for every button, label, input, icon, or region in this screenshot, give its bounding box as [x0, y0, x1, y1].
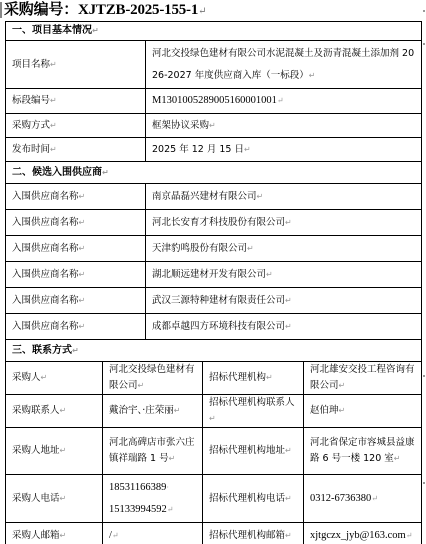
field-label: 入围供应商名称↵: [6, 262, 146, 288]
field-label: 招标代理机构电话↵: [203, 475, 304, 523]
supplier-row: 入围供应商名称↵ 成都卓越四方环境科技有限公司↵: [6, 314, 422, 340]
margin-marker: [423, 10, 425, 12]
field-label: 采购方式↵: [6, 114, 146, 138]
purchaser-address: 河北高碑店市张六庄镇祥瑞路 1 号↵: [103, 428, 203, 475]
field-label: 招标代理机构地址↵: [203, 428, 304, 475]
field-label: 采购人地址↵: [6, 428, 103, 475]
field-label: 招标代理机构联系人↵: [203, 395, 304, 428]
lot-number-value: M1301005289005160001001↵: [146, 89, 422, 114]
section3-heading-row: 三、联系方式↵: [6, 340, 422, 362]
field-label: 招标代理机构↵: [203, 362, 304, 395]
field-label: 采购人↵: [6, 362, 103, 395]
purchaser-name: 河北交投绿色建材有限公司↵: [103, 362, 203, 395]
text-cursor-marker: [0, 2, 2, 18]
contact-row-address: 采购人地址↵ 河北高碑店市张六庄镇祥瑞路 1 号↵ 招标代理机构地址↵ 河北省保…: [6, 428, 422, 475]
field-label: 入围供应商名称↵: [6, 184, 146, 210]
agency-name: 河北雄安交投工程咨询有限公司↵: [304, 362, 422, 395]
project-name-value: 河北交投绿色建材有限公司水泥混凝土及沥青混凝土添加剂 2026-2027 年度供…: [146, 41, 422, 89]
phone-1: 18531166389: [109, 482, 166, 493]
section-heading: 一、项目基本情况↵: [6, 22, 422, 41]
field-label: 采购人电话↵: [6, 475, 103, 523]
agency-address: 河北省保定市容城县益康路 6 号一楼 120 室↵: [304, 428, 422, 475]
agency-contact: 赵伯珅↵: [304, 395, 422, 428]
info-row-lot-number: 标段编号↵ M1301005289005160001001↵: [6, 89, 422, 114]
supplier-row: 入围供应商名称↵ 天津豹鸣股份有限公司↵: [6, 236, 422, 262]
purchaser-email: /↵: [103, 523, 203, 544]
publish-date-value: 2025 年 12 月 15 日↵: [146, 138, 422, 162]
field-label: 入围供应商名称↵: [6, 288, 146, 314]
field-label: 采购人邮箱↵: [6, 523, 103, 544]
paragraph-mark: ↵: [198, 6, 206, 17]
field-label: 入围供应商名称↵: [6, 236, 146, 262]
margin-marker: [423, 375, 425, 377]
field-label: 招标代理机构邮箱↵: [203, 523, 304, 544]
supplier-row: 入围供应商名称↵ 河北长安育才科技股份有限公司↵: [6, 210, 422, 236]
phone-2: 15133994592: [109, 504, 167, 515]
info-row-publish-date: 发布时间↵ 2025 年 12 月 15 日↵: [6, 138, 422, 162]
supplier-name: 南京晶磊兴建材有限公司↵: [146, 184, 422, 210]
margin-marker: [423, 482, 425, 484]
field-label: 标段编号↵: [6, 89, 146, 114]
announcement-table: 一、项目基本情况↵ 项目名称↵ 河北交投绿色建材有限公司水泥混凝土及沥青混凝土添…: [5, 21, 422, 544]
supplier-row: 入围供应商名称↵ 武汉三源特种建材有限责任公司↵: [6, 288, 422, 314]
section-heading: 二、候选入围供应商↵: [6, 162, 422, 184]
supplier-name: 天津豹鸣股份有限公司↵: [146, 236, 422, 262]
procurement-number-title: 采购编号：XJTZB-2025-155-1↵: [4, 1, 206, 20]
section1-heading-row: 一、项目基本情况↵: [6, 22, 422, 41]
procurement-method-value: 框架协议采购↵: [146, 114, 422, 138]
field-label: 项目名称↵: [6, 41, 146, 89]
field-label: 发布时间↵: [6, 138, 146, 162]
contact-row-contact-person: 采购联系人↵ 戴治宇、·庄荣丽↵ 招标代理机构联系人↵ 赵伯珅↵: [6, 395, 422, 428]
contact-row-purchaser: 采购人↵ 河北交投绿色建材有限公司↵ 招标代理机构↵ 河北雄安交投工程咨询有限公…: [6, 362, 422, 395]
supplier-name: 湖北顺远建材开发有限公司↵: [146, 262, 422, 288]
contact-row-phone: 采购人电话↵ 18531166389·15133994592↵ 招标代理机构电话…: [6, 475, 422, 523]
field-label: 入围供应商名称↵: [6, 210, 146, 236]
section2-heading-row: 二、候选入围供应商↵: [6, 162, 422, 184]
field-label: 入围供应商名称↵: [6, 314, 146, 340]
agency-phone: 0312-6736380↵: [304, 475, 422, 523]
purchaser-contact: 戴治宇、·庄荣丽↵: [103, 395, 203, 428]
margin-marker: [423, 43, 425, 45]
info-row-project-name: 项目名称↵ 河北交投绿色建材有限公司水泥混凝土及沥青混凝土添加剂 2026-20…: [6, 41, 422, 89]
supplier-name: 成都卓越四方环境科技有限公司↵: [146, 314, 422, 340]
purchaser-phones: 18531166389·15133994592↵: [103, 475, 203, 523]
supplier-name: 河北长安育才科技股份有限公司↵: [146, 210, 422, 236]
contact-row-email: 采购人邮箱↵ /↵ 招标代理机构邮箱↵ xjtgczx_jyb@163.com↵: [6, 523, 422, 544]
info-row-procurement-method: 采购方式↵ 框架协议采购↵: [6, 114, 422, 138]
agency-email: xjtgczx_jyb@163.com↵: [304, 523, 422, 544]
field-label: 采购联系人↵: [6, 395, 103, 428]
section-heading: 三、联系方式↵: [6, 340, 422, 362]
supplier-name: 武汉三源特种建材有限责任公司↵: [146, 288, 422, 314]
supplier-row: 入围供应商名称↵ 南京晶磊兴建材有限公司↵: [6, 184, 422, 210]
supplier-row: 入围供应商名称↵ 湖北顺远建材开发有限公司↵: [6, 262, 422, 288]
